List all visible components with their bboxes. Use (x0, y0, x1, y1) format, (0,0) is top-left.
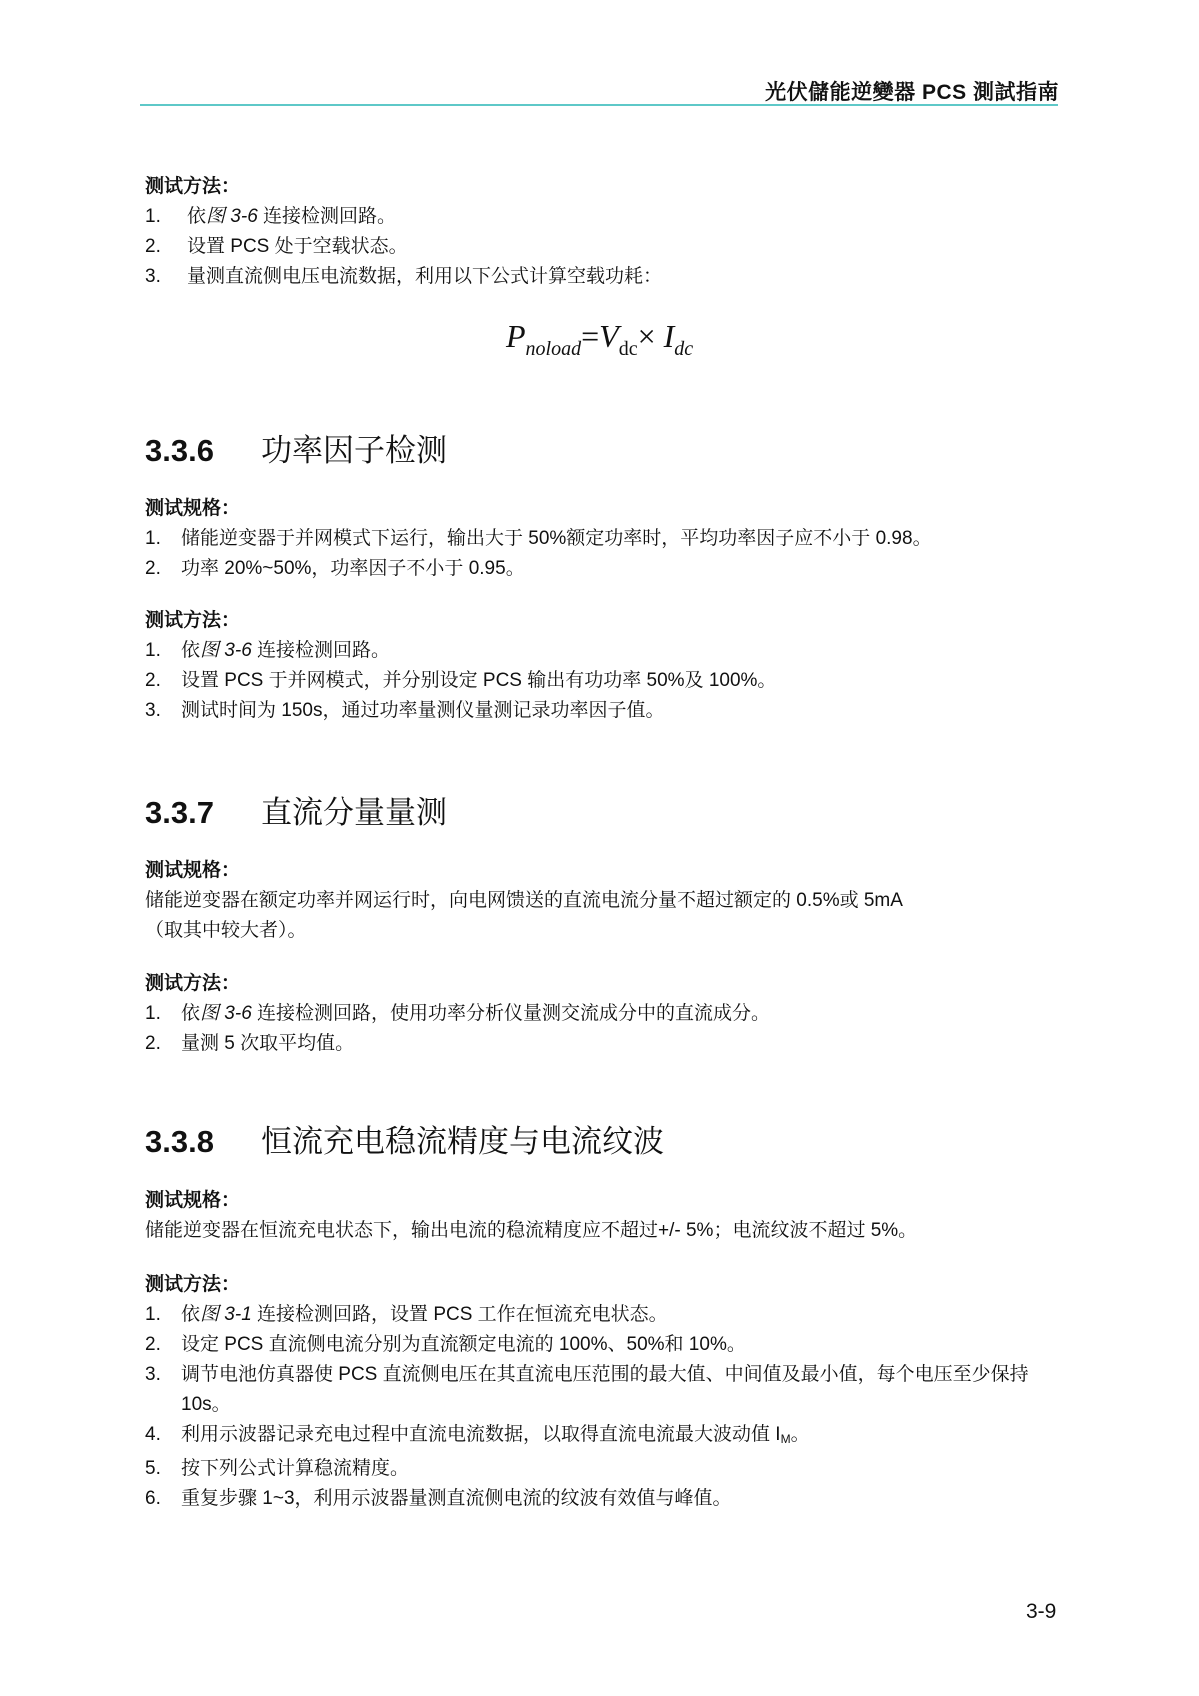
item-text-post: 连接检测回路，使用功率分析仪量测交流成分中的直流成分。 (257, 1003, 770, 1024)
header-divider (140, 104, 1058, 106)
list-item: 1. 依图 3-6 连接检测回路。 (145, 636, 1065, 666)
item-number: 2. (145, 1029, 181, 1059)
item-text: 依图 3-6 连接检测回路。 (187, 202, 396, 232)
section-heading-3-3-8: 3.3.8 恒流充电稳流精度与电流纹波 (145, 1122, 664, 1162)
item-number: 1. (145, 524, 181, 554)
item-number: 2. (145, 554, 181, 584)
item-text: 利用示波器记录充电过程中直流电流数据，以取得直流电流最大波动值 IM。 (181, 1420, 810, 1454)
figure-ref-link[interactable]: 图 3-6 (200, 1003, 252, 1024)
method-label: 测试方法： (145, 969, 1065, 999)
section-3-3-6-method: 测试方法： 1. 依图 3-6 连接检测回路。 2. 设置 PCS 于并网模式，… (145, 606, 1065, 726)
item-text: 设置 PCS 于并网模式，并分别设定 PCS 输出有功功率 50%及 100%。 (181, 666, 776, 696)
item-text-post: 连接检测回路。 (257, 640, 390, 661)
section-3-3-6-spec: 测试规格： 1. 储能逆变器于并网模式下运行，输出大于 50%额定功率时，平均功… (145, 494, 1065, 584)
method-label: 测试方法： (145, 172, 1065, 202)
item-text-pre: 依 (181, 640, 200, 661)
item-text: 调节电池仿真器使 PCS 直流侧电压在其直流电压范围的最大值、中间值及最小值，每… (181, 1360, 1065, 1420)
section-title: 功率因子检测 (261, 431, 447, 471)
item-text-post: 连接检测回路。 (263, 206, 396, 227)
section-3-3-7-spec: 测试规格： 储能逆变器在额定功率并网运行时，向电网馈送的直流电流分量不超过额定的… (145, 856, 1065, 946)
section-number: 3.3.8 (145, 1122, 261, 1162)
section-number: 3.3.7 (145, 793, 261, 833)
section-number: 3.3.6 (145, 431, 261, 471)
list-item: 3. 测试时间为 150s，通过功率量测仪量测记录功率因子值。 (145, 696, 1065, 726)
list-item: 2. 功率 20%~50%，功率因子不小于 0.95。 (145, 554, 1065, 584)
spec-label: 测试规格： (145, 856, 1065, 886)
list-item: 5. 按下列公式计算稳流精度。 (145, 1454, 1065, 1484)
item-text: 依图 3-6 连接检测回路，使用功率分析仪量测交流成分中的直流成分。 (181, 999, 770, 1029)
formula-times: × (638, 318, 656, 354)
section-heading-3-3-7: 3.3.7 直流分量量测 (145, 793, 447, 833)
page-number: 3-9 (1026, 1600, 1056, 1624)
formula-i-sub: dc (674, 338, 693, 360)
formula-equals: = (581, 318, 599, 354)
list-item: 4. 利用示波器记录充电过程中直流电流数据，以取得直流电流最大波动值 IM。 (145, 1420, 1065, 1454)
list-item: 1. 依图 3-1 连接检测回路，设置 PCS 工作在恒流充电状态。 (145, 1300, 1065, 1330)
item-text-pre: 依 (181, 1003, 200, 1024)
list-item: 2. 量测 5 次取平均值。 (145, 1029, 1065, 1059)
section-title: 恒流充电稳流精度与电流纹波 (261, 1122, 664, 1162)
item-number: 1. (145, 636, 181, 666)
list-item: 2. 设定 PCS 直流侧电流分别为直流额定电流的 100%、50%和 10%。 (145, 1330, 1065, 1360)
spec-text-line-1: 储能逆变器在额定功率并网运行时，向电网馈送的直流电流分量不超过额定的 0.5%或… (145, 886, 1065, 916)
spec-label: 测试规格： (145, 1186, 1065, 1216)
figure-ref-link[interactable]: 图 3-6 (206, 206, 258, 227)
item-text: 按下列公式计算稳流精度。 (181, 1454, 409, 1484)
spec-text-line-2: （取其中较大者）。 (145, 916, 1065, 946)
spec-label: 测试规格： (145, 494, 1065, 524)
item-text-main: 利用示波器记录充电过程中直流电流数据，以取得直流电流最大波动值 I (181, 1424, 781, 1445)
section-3-3-8-spec: 测试规格： 储能逆变器在恒流充电状态下，输出电流的稳流精度应不超过+/- 5%；… (145, 1186, 1065, 1246)
figure-ref-link[interactable]: 图 3-6 (200, 640, 252, 661)
method-label: 测试方法： (145, 1270, 1065, 1300)
item-number: 1. (145, 999, 181, 1029)
formula-v-sub: dc (619, 338, 638, 360)
spec-text: 储能逆变器在恒流充电状态下，输出电流的稳流精度应不超过+/- 5%；电流纹波不超… (145, 1216, 1065, 1246)
item-number: 3. (145, 696, 181, 726)
item-text: 量测直流侧电压电流数据，利用以下公式计算空载功耗： (187, 262, 662, 292)
item-number: 2. (145, 1330, 181, 1360)
item-text-post: 连接检测回路，设置 PCS 工作在恒流充电状态。 (257, 1304, 668, 1325)
item-text: 依图 3-1 连接检测回路，设置 PCS 工作在恒流充电状态。 (181, 1300, 668, 1330)
item-text: 设定 PCS 直流侧电流分别为直流额定电流的 100%、50%和 10%。 (181, 1330, 746, 1360)
formula-i: I (664, 318, 675, 354)
list-item: 1. 依图 3-6 连接检测回路。 (145, 202, 1065, 232)
item-number: 1. (145, 202, 187, 232)
item-text: 依图 3-6 连接检测回路。 (181, 636, 390, 666)
item-number: 2. (145, 232, 187, 262)
formula-p: P (506, 318, 526, 354)
item-number: 2. (145, 666, 181, 696)
item-number: 3. (145, 262, 187, 292)
noload-power-formula: Pnoload=Vdc× Idc (506, 318, 693, 361)
list-item: 3. 量测直流侧电压电流数据，利用以下公式计算空载功耗： (145, 262, 1065, 292)
list-item: 1. 依图 3-6 连接检测回路，使用功率分析仪量测交流成分中的直流成分。 (145, 999, 1065, 1029)
subscript-m: M (781, 1432, 791, 1446)
formula-v: V (599, 318, 619, 354)
item-number: 5. (145, 1454, 181, 1484)
formula-p-sub: noload (526, 338, 582, 360)
item-number: 6. (145, 1484, 181, 1514)
intro-method-block: 测试方法： 1. 依图 3-6 连接检测回路。 2. 设置 PCS 处于空载状态… (145, 172, 1065, 292)
item-text: 功率 20%~50%，功率因子不小于 0.95。 (181, 554, 525, 584)
item-number: 1. (145, 1300, 181, 1330)
item-text: 量测 5 次取平均值。 (181, 1029, 354, 1059)
item-text: 重复步骤 1~3，利用示波器量测直流侧电流的纹波有效值与峰值。 (181, 1484, 732, 1514)
item-text: 测试时间为 150s，通过功率量测仪量测记录功率因子值。 (181, 696, 664, 726)
list-item: 2. 设置 PCS 于并网模式，并分别设定 PCS 输出有功功率 50%及 10… (145, 666, 1065, 696)
section-heading-3-3-6: 3.3.6 功率因子检测 (145, 431, 447, 471)
list-item: 3. 调节电池仿真器使 PCS 直流侧电压在其直流电压范围的最大值、中间值及最小… (145, 1360, 1065, 1420)
item-text: 设置 PCS 处于空载状态。 (187, 232, 408, 262)
running-header-title: 光伏儲能逆變器 PCS 測試指南 (765, 76, 1059, 106)
section-title: 直流分量量测 (261, 793, 447, 833)
item-number: 4. (145, 1420, 181, 1454)
list-item: 2. 设置 PCS 处于空载状态。 (145, 232, 1065, 262)
list-item: 1. 储能逆变器于并网模式下运行，输出大于 50%额定功率时，平均功率因子应不小… (145, 524, 1065, 554)
item-text-tail: 。 (791, 1424, 810, 1445)
item-text: 储能逆变器于并网模式下运行，输出大于 50%额定功率时，平均功率因子应不小于 0… (181, 524, 932, 554)
item-number: 3. (145, 1360, 181, 1420)
list-item: 6. 重复步骤 1~3，利用示波器量测直流侧电流的纹波有效值与峰值。 (145, 1484, 1065, 1514)
section-3-3-7-method: 测试方法： 1. 依图 3-6 连接检测回路，使用功率分析仪量测交流成分中的直流… (145, 969, 1065, 1059)
figure-ref-link[interactable]: 图 3-1 (200, 1304, 252, 1325)
section-3-3-8-method: 测试方法： 1. 依图 3-1 连接检测回路，设置 PCS 工作在恒流充电状态。… (145, 1270, 1065, 1514)
item-text-pre: 依 (181, 1304, 200, 1325)
method-label: 测试方法： (145, 606, 1065, 636)
item-text-pre: 依 (187, 206, 206, 227)
